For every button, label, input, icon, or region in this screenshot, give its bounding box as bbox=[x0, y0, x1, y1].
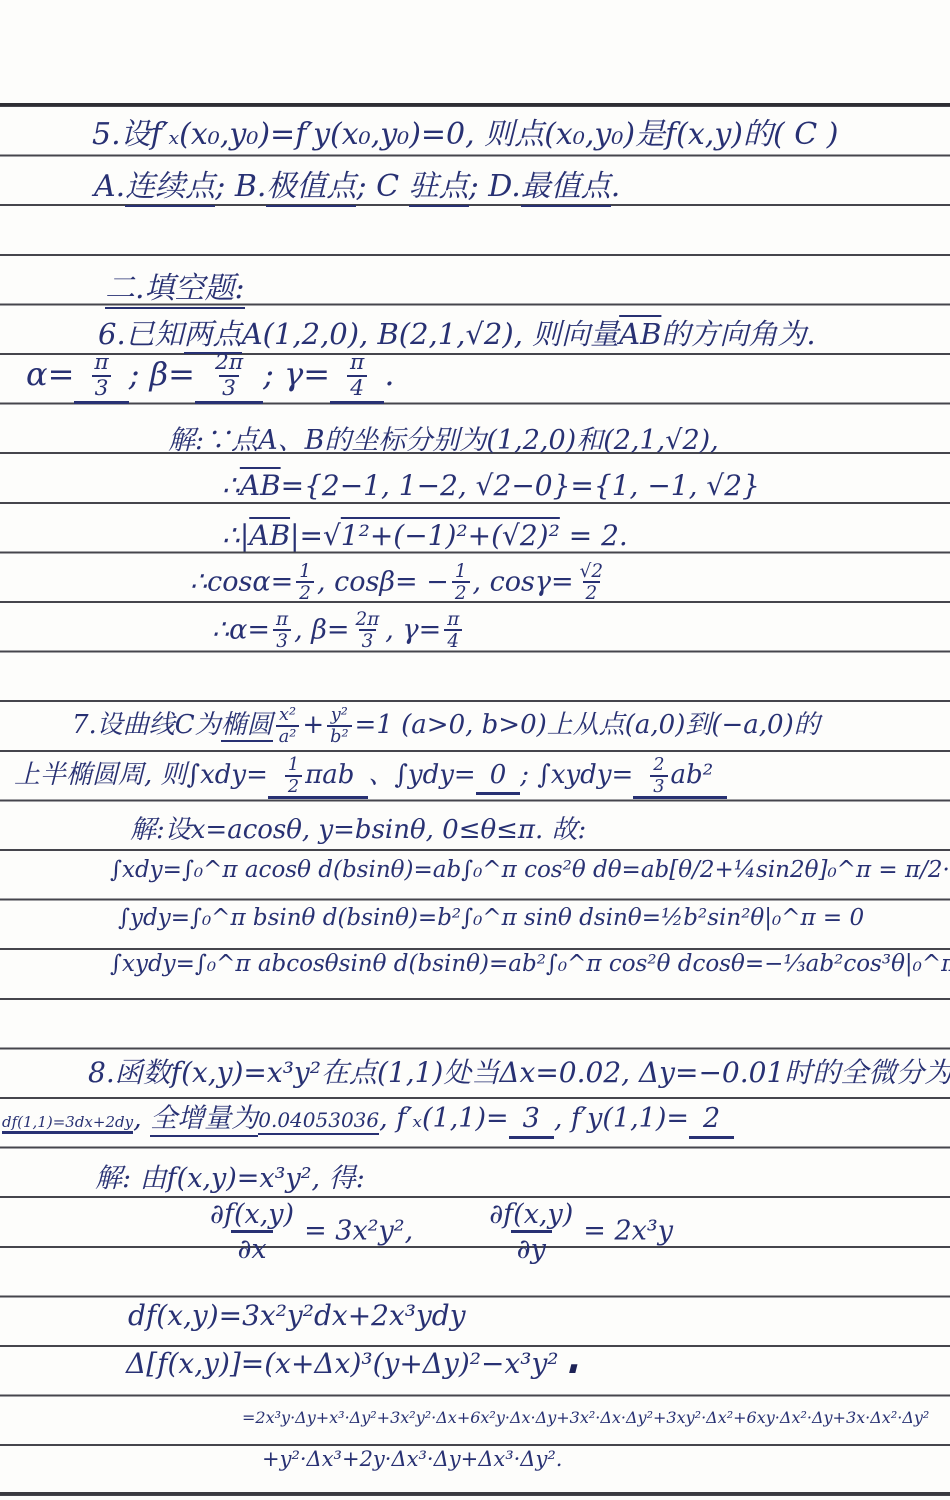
q7-stem-rest: =1 (a>0, b>0)上从点(a,0)到(−a,0)的 bbox=[355, 710, 820, 740]
q7-stem-line2-pre: 上半椭圆周, 则∫xdy= bbox=[14, 760, 268, 790]
q8-fy-label: , f′y(1,1)= bbox=[554, 1103, 689, 1134]
q8-stem-line1: 8.函数f(x,y)=x³y²在点(1,1)处当Δx=0.02, Δy=−0.0… bbox=[88, 1055, 950, 1090]
q6-stem-pre: 6.已知 bbox=[98, 317, 184, 351]
q7-sol-i2: ∫ydy=∫₀^π bsinθ d(bsinθ)=b²∫₀^π sinθ dsi… bbox=[118, 904, 864, 933]
q6-cos-n2: 1 bbox=[452, 562, 470, 581]
q6-cos-d1: 2 bbox=[296, 581, 314, 603]
q6-cos-n1: 1 bbox=[296, 562, 314, 581]
q6-stem-mid: A(1,2,0), B(2,1,√2), 则向量 bbox=[242, 317, 619, 351]
q7-f2-den: b² bbox=[327, 725, 351, 747]
q7-ans2: 0 bbox=[490, 760, 507, 790]
notebook-photo: { "colors": { "ink": "#283173", "rule": … bbox=[0, 0, 950, 1500]
q6-sol-line1: 解:∵点A、B的坐标分别为(1,2,0)和(2,1,√2), bbox=[168, 424, 719, 458]
q6-sol-line2-pre: ∴ bbox=[222, 469, 240, 502]
q6-cos-frac2: 12 bbox=[452, 562, 470, 604]
q5-option-d-label: ; D. bbox=[469, 169, 521, 204]
q6-gamma-blank: π4 bbox=[330, 352, 384, 404]
q6-cos-d3: 2 bbox=[583, 581, 601, 603]
q5-option-a: 连续点 bbox=[125, 169, 215, 207]
q6-gamma-num: π bbox=[347, 352, 367, 375]
q6-cos-n3: √2 bbox=[577, 562, 606, 581]
bottom-rule-line bbox=[0, 1492, 950, 1495]
q6-cos-mid1: , cosβ= − bbox=[317, 566, 449, 597]
notebook-page: 5.设f′ₓ(x₀,y₀)=f′y(x₀,y₀)=0, 则点(x₀,y₀)是f(… bbox=[0, 0, 950, 1500]
q8-py-den: ∂y bbox=[511, 1230, 552, 1265]
ink-blot-icon: ∎ bbox=[567, 1357, 578, 1378]
q5-options-end: . bbox=[611, 169, 621, 204]
q6-fin-pre: ∴α= bbox=[212, 614, 270, 645]
q6-sol-final-line: ∴α=π3, β=2π3, γ=π4 bbox=[212, 610, 465, 652]
q7-sol-intro-text: 解:设x=acosθ, y=bsinθ, 0≤θ≤π. 故: bbox=[130, 815, 586, 845]
q5-option-a-label: A. bbox=[94, 169, 125, 204]
q6-fin-n1: π bbox=[273, 610, 291, 629]
q7-ans1-num: 1 bbox=[285, 756, 302, 775]
q5-option-d: 最值点 bbox=[521, 169, 611, 207]
q8-fx-value: 3 bbox=[509, 1102, 554, 1139]
q7-f2-num: y² bbox=[328, 706, 351, 725]
q7-stem-mid1: 、∫ydy= bbox=[368, 760, 475, 790]
q6-beta-blank: 2π3 bbox=[195, 352, 263, 404]
q6-fin-frac2: 2π3 bbox=[353, 610, 383, 652]
q8-df-note: df(1,1)=3dx+2dy bbox=[2, 1113, 133, 1134]
q6-beta-label: β= bbox=[150, 355, 195, 393]
q6-sol-line3: ∴|AB|=√1²+(−1)²+(√2)² = 2. bbox=[222, 518, 628, 553]
q6-answer-sep1: ; bbox=[129, 355, 150, 393]
q7-sol-i2-text: ∫ydy=∫₀^π bsinθ d(bsinθ)=b²∫₀^π sinθ dsi… bbox=[118, 905, 864, 931]
q7-sol-intro: 解:设x=acosθ, y=bsinθ, 0≤θ≤π. 故: bbox=[130, 814, 586, 847]
q7-answer3-frac: 23 bbox=[650, 756, 667, 796]
q6-answer-end: . bbox=[384, 355, 394, 393]
q7-sol-i3: ∫xydy=∫₀^π abcosθsinθ d(bsinθ)=ab²∫₀^π c… bbox=[110, 950, 950, 979]
q7-stem-line2: 上半椭圆周, 则∫xdy=12πab、∫ydy=0; ∫xydy=23ab² bbox=[14, 756, 727, 799]
q7-stem-keyword: 椭圆 bbox=[221, 710, 273, 742]
q5-option-b-label: ; B. bbox=[215, 169, 266, 204]
q8-px-num: ∂f(x,y) bbox=[204, 1200, 300, 1230]
q7-f1-num: x² bbox=[276, 706, 299, 725]
top-rule-line bbox=[0, 103, 950, 106]
q8-sol-e1-text: =2x³y·Δy+x³·Δy²+3x²y²·Δx+6x²y·Δx·Δy+3x²·… bbox=[242, 1408, 929, 1427]
q7-ans3-den: 3 bbox=[650, 775, 667, 797]
q7-stem-mid2: ; ∫xydy= bbox=[520, 760, 633, 790]
q5-options: A.连续点; B.极值点; C 驻点; D.最值点. bbox=[94, 168, 620, 206]
q5-stem-text: 5.设f′ₓ(x₀,y₀)=f′y(x₀,y₀)=0, 则点(x₀,y₀)是f(… bbox=[92, 117, 838, 152]
q6-sol-line3-radicand: 1²+(−1)²+(√2)² bbox=[341, 519, 560, 552]
q6-gamma-den: 4 bbox=[347, 375, 367, 401]
q6-sol-line2-rest: ={2−1, 1−2, √2−0}={1, −1, √2} bbox=[281, 469, 760, 502]
q8-sol-intro: 解: 由f(x,y)=x³y², 得: bbox=[95, 1162, 365, 1196]
q7-ellipse-frac2: y²b² bbox=[327, 706, 351, 746]
q7-ans3-num: 2 bbox=[650, 756, 667, 775]
q8-sol-intro-text: 解: 由f(x,y)=x³y², 得: bbox=[95, 1163, 365, 1194]
section2-title-text: 二.填空题: bbox=[105, 271, 245, 309]
q7-ellipse-frac1: x²a² bbox=[276, 706, 300, 746]
q5-stem: 5.设f′ₓ(x₀,y₀)=f′y(x₀,y₀)=0, 则点(x₀,y₀)是f(… bbox=[92, 116, 838, 154]
q6-stem: 6.已知两点A(1,2,0), B(2,1,√2), 则向量AB的方向角为. bbox=[98, 316, 816, 352]
q7-stem-line1: 7.设曲线C为椭圆x²a²+y²b²=1 (a>0, b>0)上从点(a,0)到… bbox=[72, 706, 820, 746]
q7-answer1-blank: 12πab bbox=[268, 756, 368, 799]
section2-title: 二.填空题: bbox=[105, 270, 245, 308]
q7-ans1-den: 2 bbox=[285, 775, 302, 797]
q7-sol-i3-text: ∫xydy=∫₀^π abcosθsinθ d(bsinθ)=ab²∫₀^π c… bbox=[110, 951, 950, 977]
q6-cos-frac3: √22 bbox=[577, 562, 606, 604]
q6-sol-line3-end: = 2. bbox=[560, 519, 628, 552]
q6-answer-line: α=π3; β=2π3; γ=π4. bbox=[26, 352, 394, 404]
q7-f1-den: a² bbox=[276, 725, 300, 747]
q8-sol-d2-text: Δ[f(x,y)]=(x+Δx)³(y+Δy)²−x³y² bbox=[126, 1347, 559, 1380]
q8-partials-line: ∂f(x,y)∂x= 3x²y²,∂f(x,y)∂y= 2x³y bbox=[200, 1200, 673, 1264]
q6-sol-line3-vector: AB bbox=[249, 519, 290, 552]
q6-cos-mid2: , cosγ= bbox=[473, 566, 574, 597]
q5-option-b: 极值点 bbox=[266, 169, 356, 207]
q7-answer1-frac: 12 bbox=[285, 756, 302, 796]
q6-answer-sep2: ; bbox=[263, 355, 284, 393]
q7-stem-pre: 7.设曲线C为 bbox=[72, 710, 221, 740]
q6-stem-points: 两点 bbox=[184, 317, 242, 354]
q7-ans3-tail: ab² bbox=[671, 760, 714, 790]
q6-sol-line1-text: 解:∵点A、B的坐标分别为(1,2,0)和(2,1,√2), bbox=[168, 425, 719, 456]
q8-sol-d1: df(x,y)=3x²y²dx+2x³ydy bbox=[128, 1298, 466, 1333]
q7-ans1-tail: πab bbox=[305, 760, 354, 790]
q7-answer2-blank: 0 bbox=[476, 759, 521, 795]
q8-partial-y-frac: ∂f(x,y)∂y bbox=[483, 1200, 579, 1264]
q5-option-c: 驻点 bbox=[409, 169, 469, 207]
q6-sol-cos-line: ∴cosα=12, cosβ= −12, cosγ=√22 bbox=[190, 562, 609, 604]
q5-option-c-label: ; C bbox=[356, 169, 408, 204]
q8-stem1-text: 8.函数f(x,y)=x³y²在点(1,1)处当Δx=0.02, Δy=−0.0… bbox=[88, 1056, 950, 1089]
q6-sol-line3-pre: ∴| bbox=[222, 519, 249, 552]
q6-gamma-label: γ= bbox=[284, 355, 330, 393]
q6-gamma-fraction: π4 bbox=[347, 352, 367, 401]
q6-fin-frac1: π3 bbox=[273, 610, 291, 652]
q6-fin-mid2: , γ= bbox=[385, 614, 441, 645]
q7-sol-i1: ∫xdy=∫₀^π acosθ d(bsinθ)=ab∫₀^π cos²θ dθ… bbox=[110, 856, 950, 885]
q8-px-den: ∂x bbox=[231, 1230, 272, 1265]
q6-alpha-num: π bbox=[91, 352, 111, 375]
q6-fin-mid1: , β= bbox=[294, 614, 349, 645]
q8-partial-x-frac: ∂f(x,y)∂x bbox=[204, 1200, 300, 1264]
q6-cos-pre: ∴cosα= bbox=[190, 566, 293, 597]
q6-cos-frac1: 12 bbox=[296, 562, 314, 604]
q8-sol-d1-text: df(x,y)=3x²y²dx+2x³ydy bbox=[128, 1299, 466, 1332]
q6-fin-d1: 3 bbox=[273, 629, 291, 651]
q6-vector-ab: AB bbox=[619, 317, 661, 351]
q8-px-val: = 3x²y², bbox=[304, 1216, 413, 1247]
q6-alpha-den: 3 bbox=[92, 375, 112, 401]
q8-sol-expansion2: +y²·Δx³+2y·Δx³·Δy+Δx³·Δy². bbox=[262, 1446, 562, 1472]
q6-alpha-label: α= bbox=[26, 355, 74, 393]
q6-alpha-blank: π3 bbox=[74, 352, 128, 404]
q7-sol-i1-text: ∫xdy=∫₀^π acosθ d(bsinθ)=ab∫₀^π cos²θ dθ… bbox=[110, 857, 950, 883]
q7-stem-plus: + bbox=[302, 710, 324, 740]
q6-cos-d2: 2 bbox=[452, 581, 470, 603]
q6-stem-post: 的方向角为. bbox=[661, 317, 815, 351]
q8-fx-label: , f′ₓ(1,1)= bbox=[379, 1103, 509, 1134]
q6-fin-n2: 2π bbox=[353, 610, 383, 629]
q6-alpha-fraction: π3 bbox=[91, 352, 111, 401]
q6-sol-line2-vector: AB bbox=[240, 469, 281, 502]
q7-answer3-blank: 23ab² bbox=[633, 756, 727, 799]
q6-fin-frac3: π4 bbox=[444, 610, 462, 652]
q6-beta-den: 3 bbox=[219, 375, 239, 401]
q6-sol-line3-mid: |=√ bbox=[290, 519, 341, 552]
q8-sol-d2: Δ[f(x,y)]=(x+Δx)³(y+Δy)²−x³y²∎ bbox=[126, 1346, 578, 1381]
q6-sol-line2: ∴AB={2−1, 1−2, √2−0}={1, −1, √2} bbox=[222, 468, 760, 503]
q6-beta-fraction: 2π3 bbox=[212, 352, 246, 401]
q8-increment-label: 全增量为 bbox=[150, 1103, 258, 1137]
q6-fin-n3: π bbox=[444, 610, 462, 629]
q8-note-sep: , bbox=[133, 1103, 150, 1134]
q8-py-num: ∂f(x,y) bbox=[483, 1200, 579, 1230]
q8-py-val: = 2x³y bbox=[583, 1216, 673, 1247]
q8-sol-e2-text: +y²·Δx³+2y·Δx³·Δy+Δx³·Δy². bbox=[262, 1447, 562, 1471]
q8-increment-value: 0.04053036 bbox=[258, 1108, 379, 1135]
q6-beta-num: 2π bbox=[212, 352, 246, 375]
q8-sol-expansion1: =2x³y·Δy+x³·Δy²+3x²y²·Δx+6x²y·Δx·Δy+3x²·… bbox=[242, 1408, 929, 1428]
q6-fin-d2: 3 bbox=[359, 629, 377, 651]
ruled-lines bbox=[0, 105, 950, 1500]
q6-fin-d3: 4 bbox=[444, 629, 462, 651]
q8-stem-line2: df(1,1)=3dx+2dy, 全增量为0.04053036, f′ₓ(1,1… bbox=[2, 1102, 734, 1139]
q8-fy-value: 2 bbox=[689, 1102, 734, 1139]
